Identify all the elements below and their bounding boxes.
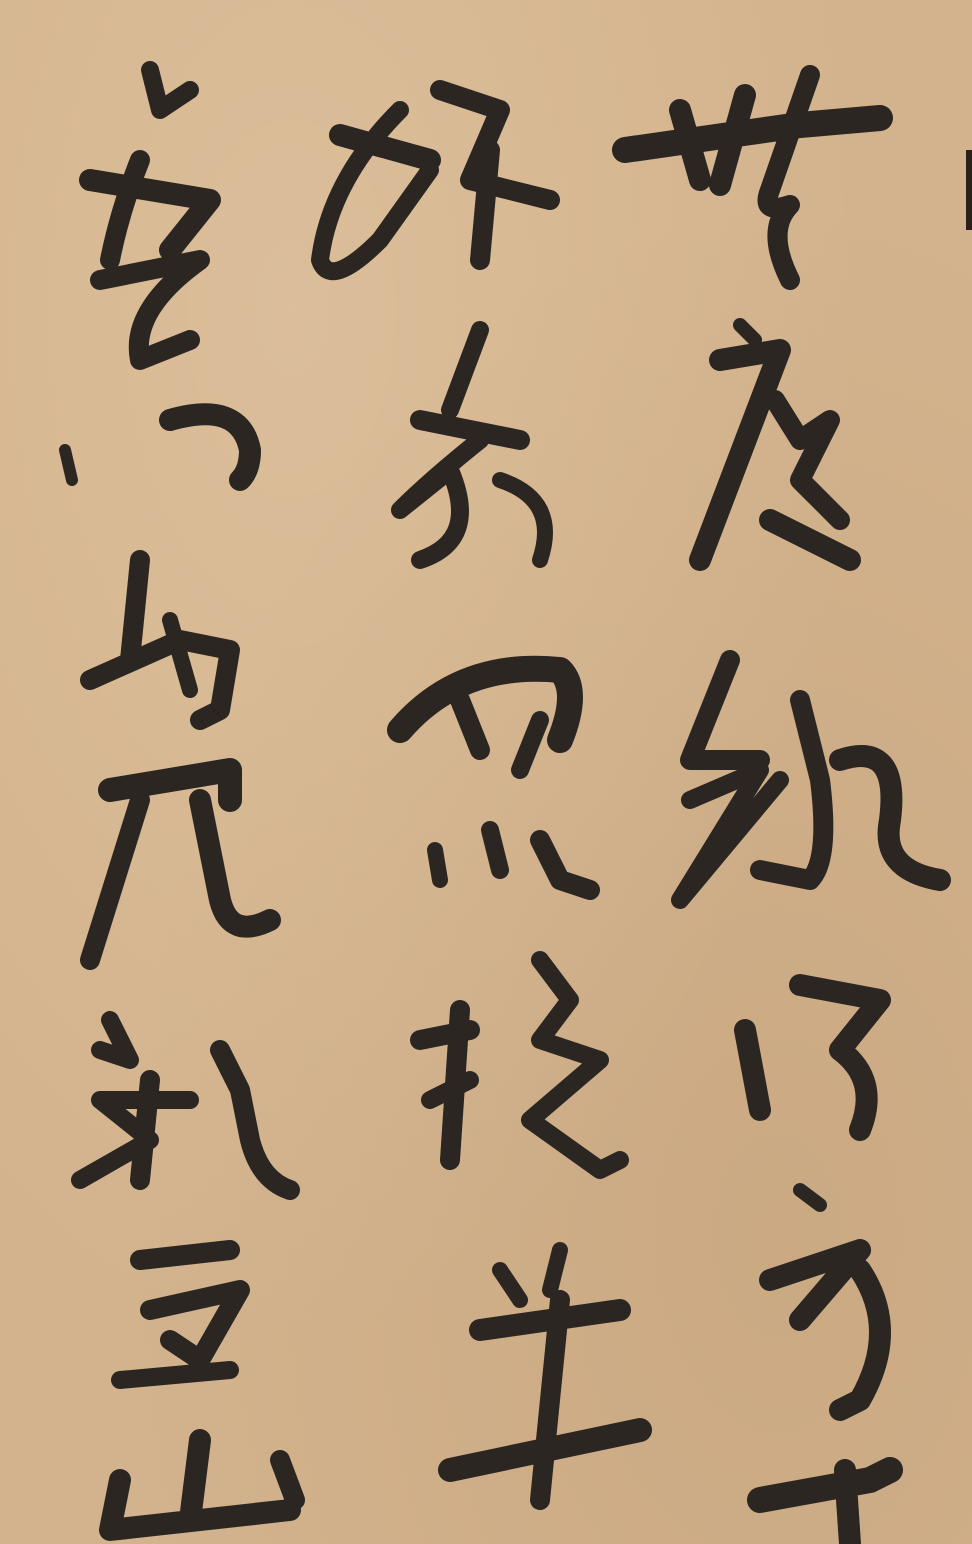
char-middle-5 xyxy=(420,960,620,1170)
calligraphy-scroll: right middle left xyxy=(0,0,972,1544)
char-left-6 xyxy=(120,1250,240,1380)
char-middle-3 xyxy=(400,669,570,770)
char-left-7 xyxy=(110,1440,295,1530)
char-left-1 xyxy=(90,70,210,360)
ink-strokes xyxy=(0,0,972,1544)
char-left-2 xyxy=(65,414,250,480)
char-middle-2 xyxy=(400,330,545,560)
char-right-6 xyxy=(760,1470,890,1544)
char-right-1 xyxy=(625,75,880,280)
char-left-3 xyxy=(90,560,230,720)
char-left-4 xyxy=(90,770,270,960)
char-middle-4 xyxy=(435,830,590,890)
char-right-4 xyxy=(745,985,880,1130)
char-middle-1 xyxy=(320,90,550,271)
char-right-2 xyxy=(700,325,850,560)
char-right-5 xyxy=(770,1190,880,1410)
char-left-5 xyxy=(80,1020,290,1190)
char-middle-6 xyxy=(450,1250,640,1500)
char-right-3 xyxy=(680,660,940,900)
